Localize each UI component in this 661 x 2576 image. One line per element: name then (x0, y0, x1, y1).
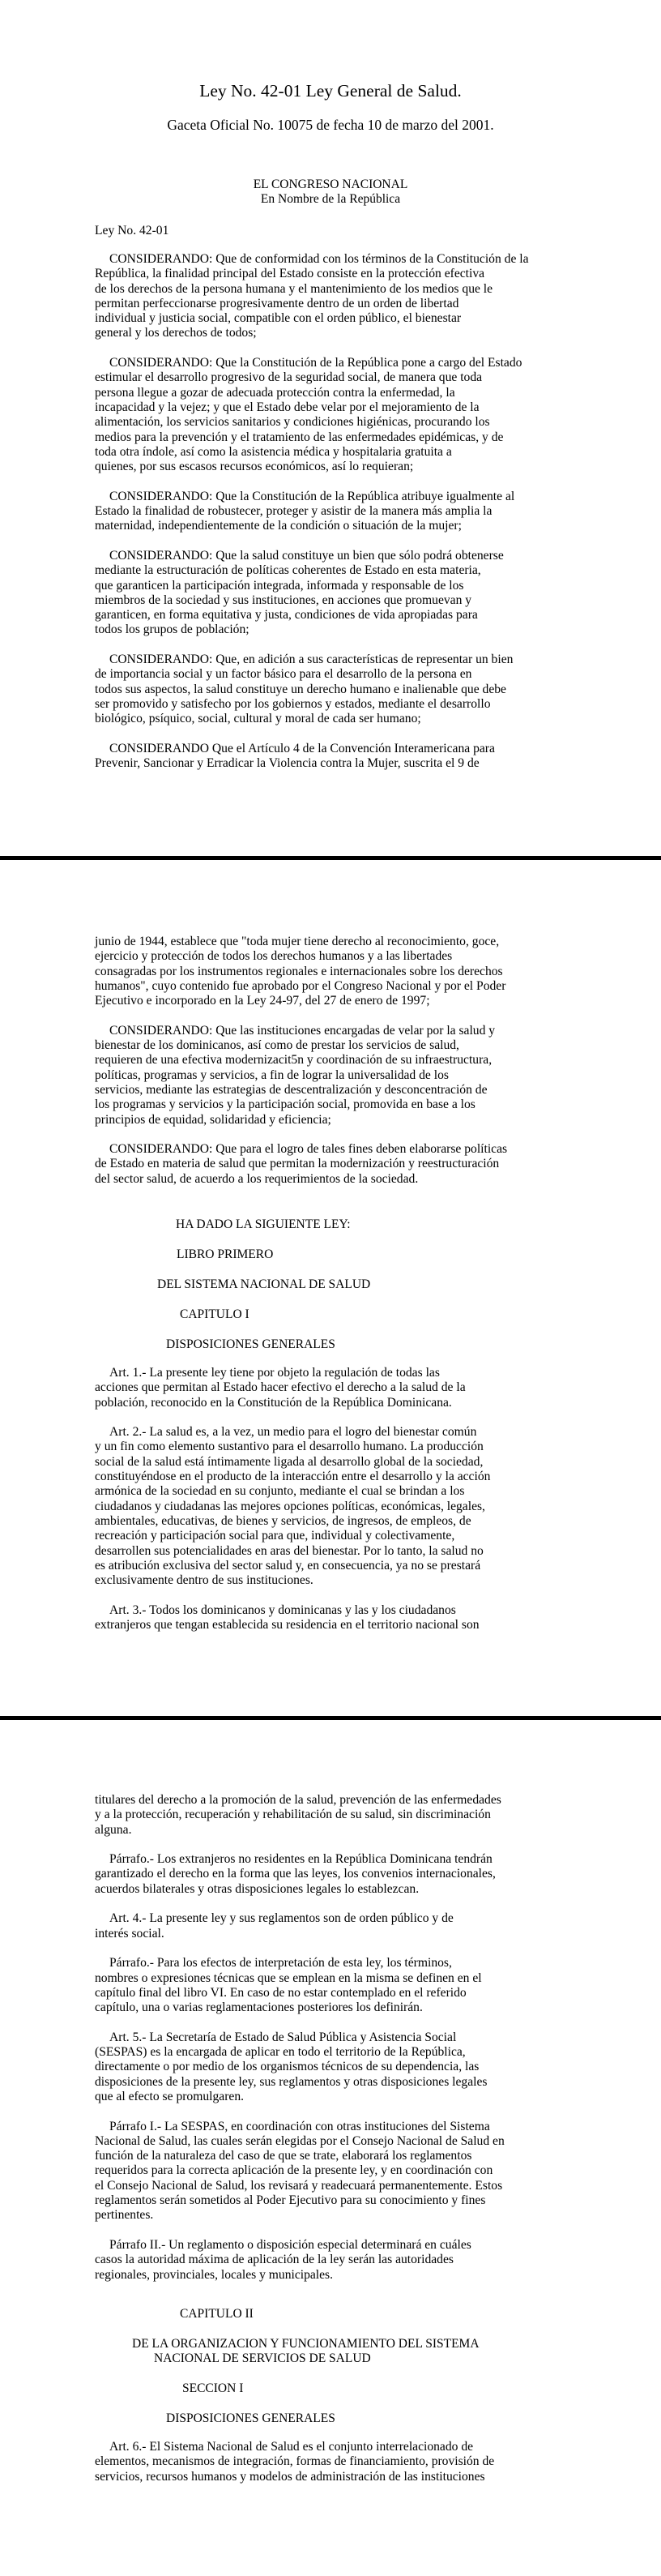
page-1: Ley No. 42-01 Ley General de Salud. Gace… (0, 0, 661, 856)
considerando-paragraph: CONSIDERANDO: Que la salud constituye un… (95, 549, 581, 638)
considerando-paragraph: CONSIDERANDO: Que las instituciones enca… (95, 1024, 581, 1128)
law-number: Ley No. 42-01 (95, 224, 581, 238)
considerando-paragraph: CONSIDERANDO: Que para el logro de tales… (95, 1142, 581, 1187)
article-paragraph: Art. 1.- La presente ley tiene por objet… (95, 1366, 581, 1410)
page-3-body: titulares del derecho a la promoción de … (95, 1793, 581, 2297)
page-2-body: junio de 1944, establece que "toda mujer… (95, 935, 581, 1201)
enacting-clause: HA DADO LA SIGUIENTE LEY: (176, 1217, 351, 1232)
page-2-articles: Art. 1.- La presente ley tiene por objet… (95, 1366, 581, 1648)
book-title: DEL SISTEMA NACIONAL DE SALUD (157, 1277, 370, 1292)
section-heading: SECCION I (182, 2381, 243, 2396)
parrafo-paragraph: Párrafo I.- La SESPAS, en coordinación c… (95, 2120, 581, 2223)
page-2: junio de 1944, establece que "toda mujer… (0, 860, 661, 1716)
book-heading: LIBRO PRIMERO (177, 1247, 273, 1262)
parrafo-paragraph: Párrafo II.- Un reglamento o disposición… (95, 2238, 581, 2283)
issuer-subheading: En Nombre de la República (0, 192, 661, 207)
gazette-reference: Gaceta Oficial No. 10075 de fecha 10 de … (0, 116, 661, 134)
considerando-paragraph: CONSIDERANDO: Que la Constitución de la … (95, 356, 581, 474)
article-paragraph: Art. 6.- El Sistema Nacional de Salud es… (95, 2440, 581, 2484)
considerando-paragraph: CONSIDERANDO: Que la Constitución de la … (95, 490, 581, 534)
considerando-paragraph: CONSIDERANDO: Que, en adición a sus cara… (95, 653, 581, 726)
continued-paragraph: junio de 1944, establece que "toda mujer… (95, 935, 581, 1008)
section-title: DISPOSICIONES GENERALES (166, 2411, 335, 2426)
document-title: Ley No. 42-01 Ley General de Salud. (0, 81, 661, 101)
chapter-heading: CAPITULO I (180, 1307, 249, 1322)
page-3-articles: Art. 6.- El Sistema Nacional de Salud es… (95, 2440, 581, 2499)
considerando-paragraph: CONSIDERANDO Que el Artículo 4 de la Con… (95, 742, 581, 772)
article-paragraph: Art. 4.- La presente ley y sus reglament… (95, 1911, 581, 1941)
page-3: titulares del derecho a la promoción de … (0, 1720, 661, 2576)
chapter-title-line-2: NACIONAL DE SERVICIOS DE SALUD (154, 2351, 371, 2366)
article-paragraph: Art. 5.- La Secretaría de Estado de Salu… (95, 2030, 581, 2104)
chapter-title: DISPOSICIONES GENERALES (166, 1337, 335, 1352)
article-paragraph: Art. 3.- Todos los dominicanos y dominic… (95, 1603, 581, 1633)
continued-paragraph: titulares del derecho a la promoción de … (95, 1793, 581, 1838)
page-1-body: CONSIDERANDO: Que de conformidad con los… (95, 252, 581, 786)
article-paragraph: Art. 2.- La salud es, a la vez, un medio… (95, 1425, 581, 1588)
chapter-title-line-1: DE LA ORGANIZACION Y FUNCIONAMIENTO DEL … (132, 2337, 480, 2351)
chapter-heading: CAPITULO II (180, 2307, 254, 2321)
issuer-heading: EL CONGRESO NACIONAL (0, 178, 661, 192)
parrafo-paragraph: Párrafo.- Los extranjeros no residentes … (95, 1852, 581, 1897)
parrafo-paragraph: Párrafo.- Para los efectos de interpreta… (95, 1956, 581, 2015)
considerando-paragraph: CONSIDERANDO: Que de conformidad con los… (95, 252, 581, 341)
